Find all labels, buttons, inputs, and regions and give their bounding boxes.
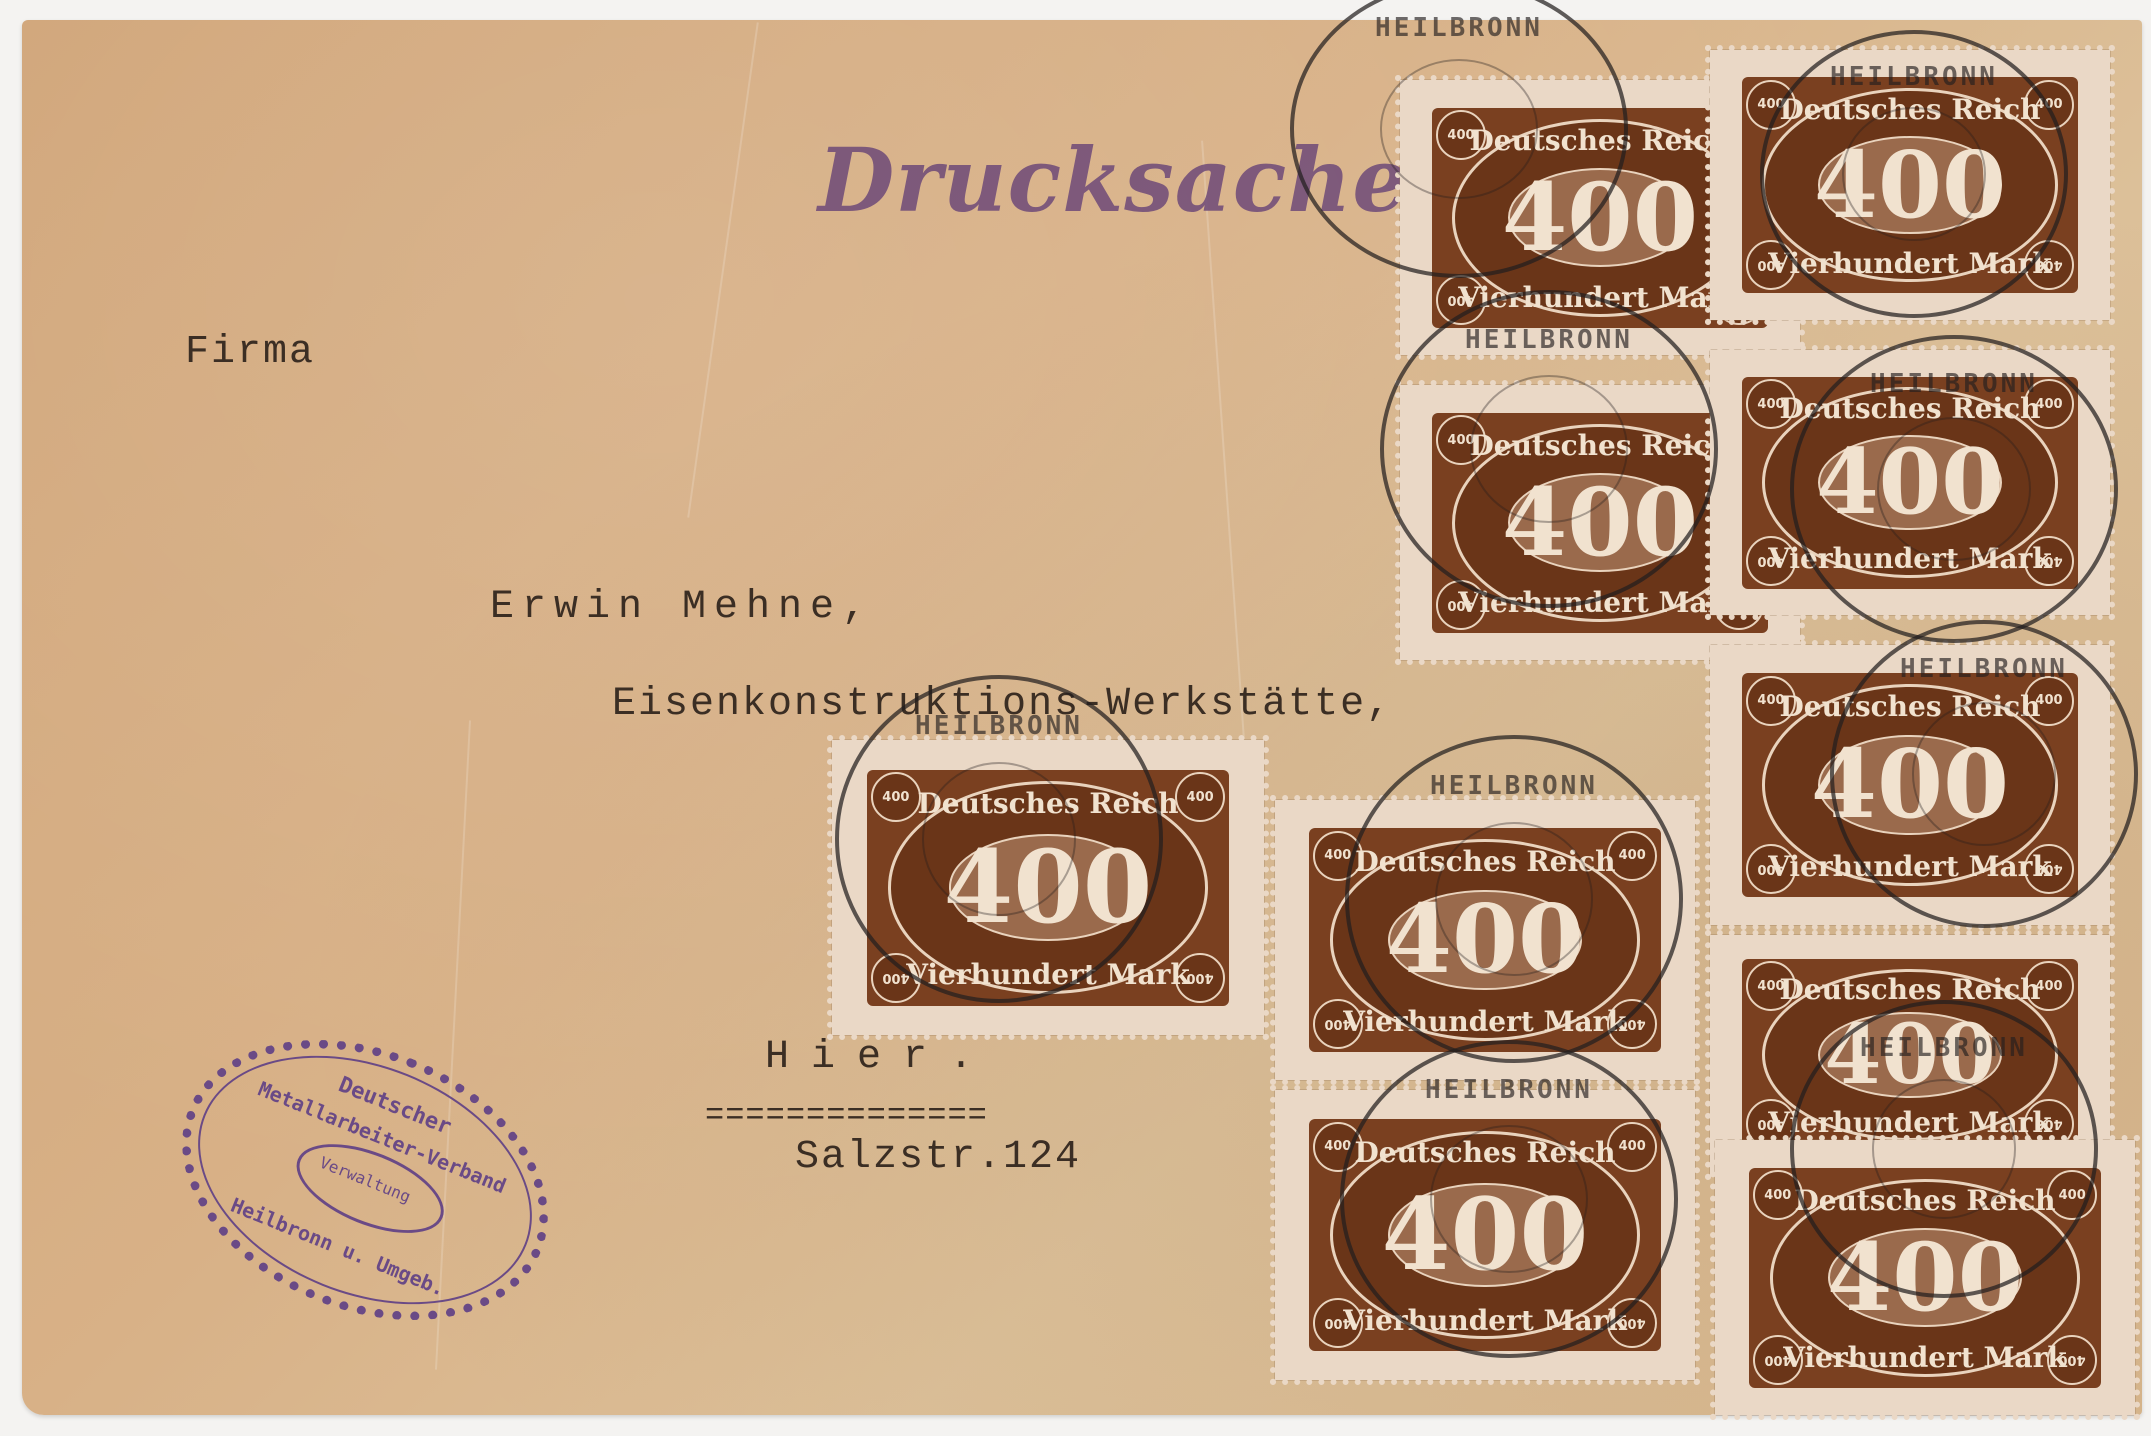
postage-stamp: 400400400400Deutsches Reich400Vierhunder… — [1275, 800, 1695, 1080]
drucksache-handstamp: Drucksache — [818, 128, 1409, 232]
stamp-denomination: Vierhundert Mark — [1710, 542, 2110, 575]
stamp-country: Deutsches Reich — [1275, 845, 1695, 878]
stamp-country: Deutsches Reich — [1710, 973, 2110, 1006]
postage-stamp: 400400400400Deutsches Reich400Vierhunder… — [1710, 350, 2110, 615]
address-street: Salzstr.124 — [795, 1135, 1081, 1180]
stamp-country: Deutsches Reich — [832, 787, 1264, 820]
stamp-value: 400 — [1710, 1014, 2110, 1096]
stamp-country: Deutsches Reich — [1710, 392, 2110, 425]
stamp-denomination: Vierhundert Mark — [1715, 1341, 2135, 1374]
postage-stamp: 400400400400Deutsches Reich400Vierhunder… — [832, 740, 1264, 1035]
stamp-denomination: Vierhundert Mark — [1710, 1106, 2110, 1139]
address-locality: Hier. — [765, 1035, 995, 1080]
stamp-denomination: Vierhundert Mark — [1710, 247, 2110, 280]
postage-stamp: 400400400400Deutsches Reich400Vierhunder… — [1710, 935, 2110, 1175]
stamp-value: 400 — [832, 837, 1264, 937]
address-business: Eisenkonstruktions-Werkstätte, — [612, 682, 1392, 727]
stamp-value: 400 — [1275, 892, 1695, 987]
stamp-denomination: Vierhundert Mark — [1275, 1304, 1695, 1337]
paper-crease — [687, 22, 759, 517]
stamp-country: Deutsches Reich — [1710, 690, 2110, 723]
postage-stamp: 400400400400Deutsches Reich400Vierhunder… — [1715, 1140, 2135, 1415]
stamp-denomination: Vierhundert Mark — [1710, 850, 2110, 883]
stamp-value: 400 — [1275, 1186, 1695, 1285]
stamp-value: 400 — [1715, 1231, 2135, 1325]
stamp-value: 400 — [1710, 737, 2110, 832]
stamp-country: Deutsches Reich — [1715, 1184, 2135, 1217]
postage-stamp: 400400400400Deutsches Reich400Vierhunder… — [1275, 1090, 1695, 1380]
address-underline: ============== — [705, 1097, 988, 1134]
stamp-denomination: Vierhundert Mark — [1275, 1005, 1695, 1038]
stamp-country: Deutsches Reich — [1275, 1136, 1695, 1169]
address-firma: Firma — [185, 330, 315, 375]
stamp-denomination: Vierhundert Mark — [832, 958, 1264, 991]
postage-stamp: 400400400400Deutsches Reich400Vierhunder… — [1710, 50, 2110, 320]
stamp-value: 400 — [1710, 437, 2110, 527]
stamp-value: 400 — [1710, 139, 2110, 231]
address-name: Erwin Mehne, — [490, 585, 874, 630]
postage-stamp: 400400400400Deutsches Reich400Vierhunder… — [1710, 645, 2110, 925]
stamp-country: Deutsches Reich — [1710, 93, 2110, 126]
